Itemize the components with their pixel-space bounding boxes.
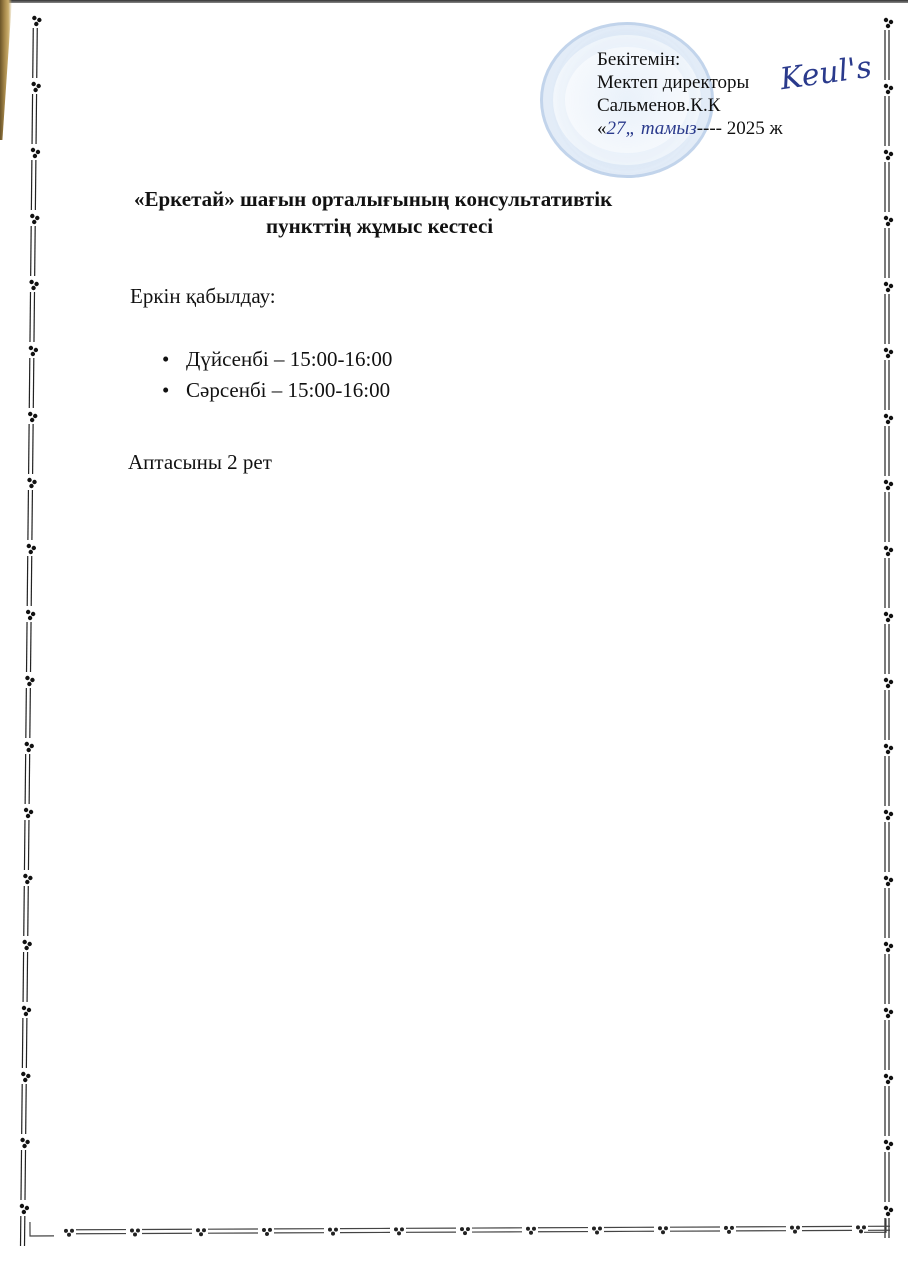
schedule-list: Дүйсенбі – 15:00-16:00 Сәрсенбі – 15:00-…: [162, 344, 392, 406]
decorative-border-bottom: [24, 1218, 890, 1242]
schedule-item: Дүйсенбі – 15:00-16:00: [162, 344, 392, 375]
document-title: «Еркетай» шағын орталығының консультатив…: [134, 186, 734, 240]
schedule-item: Сәрсенбі – 15:00-16:00: [162, 375, 392, 406]
approval-date: «27„ тамыз---- 2025 ж: [597, 117, 783, 140]
title-line-2: пункттің жұмыс кестесі: [134, 213, 734, 240]
frequency-note: Аптасыны 2 рет: [128, 450, 272, 475]
title-line-1: «Еркетай» шағын орталығының консультатив…: [134, 186, 734, 213]
decorative-border-right: [876, 8, 902, 1238]
background-table-edge: [0, 0, 12, 140]
director-signature: Keul's: [778, 50, 874, 97]
approval-name: Сальменов.К.К: [597, 94, 783, 117]
approval-block: Бекітемін: Мектеп директоры Сальменов.К.…: [597, 48, 783, 140]
approval-heading: Бекітемін:: [597, 48, 783, 71]
handwritten-date: 27„ тамыз: [607, 118, 697, 139]
approval-position: Мектеп директоры: [597, 71, 783, 94]
page-top-edge: [0, 0, 908, 3]
decorative-border-left: [12, 6, 51, 1246]
reception-label: Еркін қабылдау:: [130, 284, 276, 309]
